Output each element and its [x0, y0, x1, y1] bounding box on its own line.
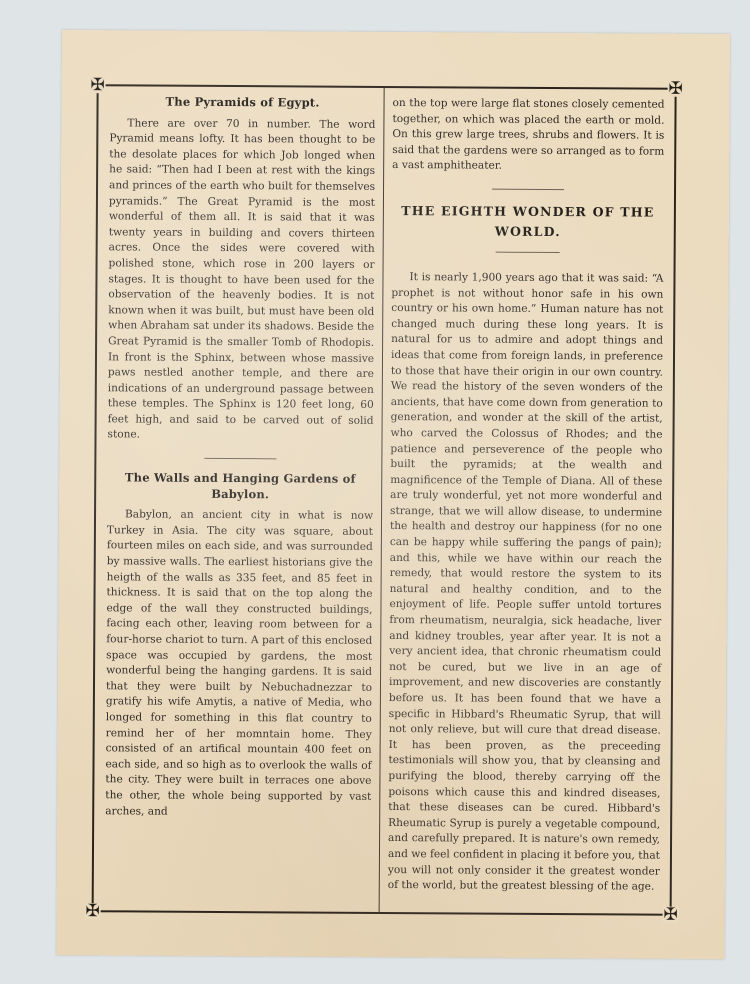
section-body-babylon-continued: on the top were large flat stones closel…	[392, 96, 664, 176]
section-separator	[492, 189, 564, 190]
section-title-pyramids: The Pyramids of Egypt.	[110, 94, 376, 111]
left-column: The Pyramids of Egypt. There are over 70…	[105, 94, 375, 821]
paper-page: ✠ ✠ ✠ ✠ The Pyramids of Egypt. There are…	[56, 30, 730, 959]
cross-ornament-icon: ✠	[668, 81, 684, 97]
column-divider	[379, 88, 385, 914]
cross-ornament-icon: ✠	[90, 77, 106, 93]
section-body-pyramids: There are over 70 in number. The word Py…	[107, 116, 375, 445]
section-body-eighth-wonder: It is nearly 1,900 years ago that it was…	[388, 270, 664, 895]
section-body-babylon: Babylon, an ancient city in what is now …	[105, 508, 373, 821]
border-frame: ✠ ✠ ✠ ✠ The Pyramids of Egypt. There are…	[92, 84, 677, 916]
section-separator	[204, 458, 276, 459]
section-title-eighth-wonder: THE EIGHTH WONDER OF THE WORLD.	[392, 201, 664, 243]
cross-ornament-icon: ✠	[85, 903, 101, 919]
title-underline-rule	[496, 252, 560, 253]
section-title-babylon: The Walls and Hanging Gardens of Babylon…	[107, 470, 373, 503]
right-column: on the top were large flat stones closel…	[388, 96, 665, 895]
cross-ornament-icon: ✠	[663, 907, 679, 923]
